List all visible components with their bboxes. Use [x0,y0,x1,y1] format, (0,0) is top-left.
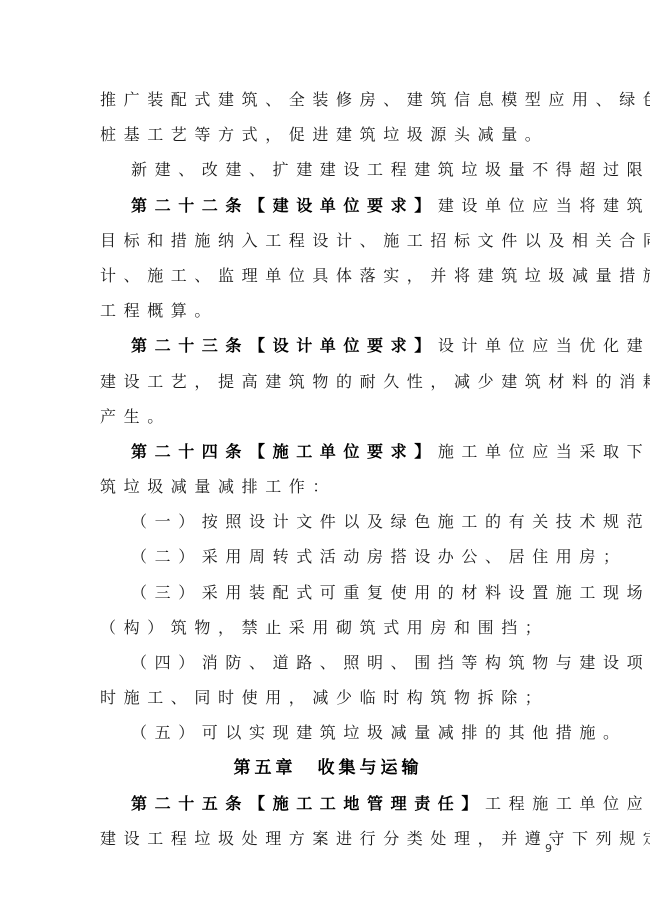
text-line: 建设工程垃圾处理方案进行分类处理，并遵守下列规定： [100,821,556,856]
text-line: 桩基工艺等方式，促进建筑垃圾源头减量。 [100,117,556,152]
text-line: 产生。 [100,399,556,434]
text-line: 推广装配式建筑、全装修房、建筑信息模型应用、绿色建筑、减量化 [100,82,556,117]
article-23-title: 第二十三条【设计单位要求】 [131,336,438,355]
page-number: 9 [545,842,552,855]
article-22-first-line: 第二十二条【建设单位要求】建设单位应当将建筑垃圾源头减量 [100,188,556,223]
text-line: 计、施工、监理单位具体落实，并将建筑垃圾减量措施所需费用纳入 [100,258,556,293]
list-item: （五）可以实现建筑垃圾减量减排的其他措施。 [100,715,556,750]
article-25-first-line: 第二十五条【施工工地管理责任】工程施工单位应当按照备案的 [100,786,556,821]
text-line: 筑垃圾减量减排工作： [100,469,556,504]
list-item-continuation: （构）筑物，禁止采用砌筑式用房和围挡； [100,610,556,645]
text-line: 建设工艺，提高建筑物的耐久性，减少建筑材料的消耗和建筑垃圾的 [100,364,556,399]
article-23-first-line: 第二十三条【设计单位要求】设计单位应当优化建筑设计，改进 [100,328,556,363]
article-22-title: 第二十二条【建设单位要求】 [131,196,438,215]
article-24-first-line: 第二十四条【施工单位要求】施工单位应当采取下列措施落实建 [100,434,556,469]
text-line: 新建、改建、扩建建设工程建筑垃圾量不得超过限额规定。 [100,152,556,187]
list-item: （一）按照设计文件以及绿色施工的有关技术规范开展施工； [100,504,556,539]
list-item: （四）消防、道路、照明、围挡等构筑物与建设项目配套设施同 [100,645,556,680]
chapter-heading: 第五章 收集与运输 [100,751,556,786]
article-25-title: 第二十五条【施工工地管理责任】 [131,794,485,813]
list-item: （三）采用装配式可重复使用的材料设置施工现场围挡等临时建 [100,575,556,610]
document-page: 推广装配式建筑、全装修房、建筑信息模型应用、绿色建筑、减量化 桩基工艺等方式，促… [0,0,650,919]
list-item-continuation: 时施工、同时使用，减少临时构筑物拆除； [100,680,556,715]
text-line: 目标和措施纳入工程设计、施工招标文件以及相关合同文本，督促设 [100,223,556,258]
text-line: 工程概算。 [100,293,556,328]
list-item: （二）采用周转式活动房搭设办公、居住用房； [100,539,556,574]
article-24-title: 第二十四条【施工单位要求】 [131,442,438,461]
document-body: 推广装配式建筑、全装修房、建筑信息模型应用、绿色建筑、减量化 桩基工艺等方式，促… [100,82,556,856]
